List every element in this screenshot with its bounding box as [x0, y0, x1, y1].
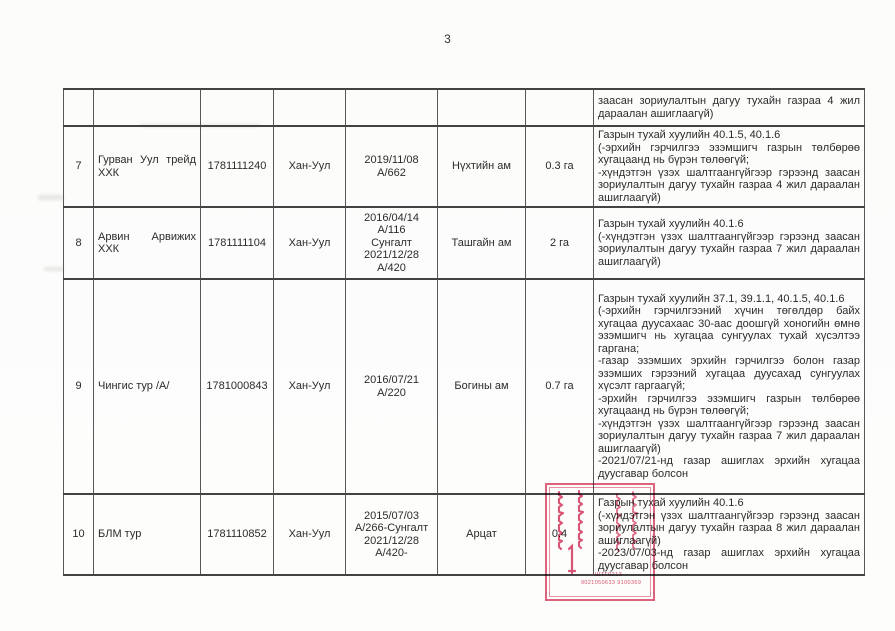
- table-row: 8 Арвин Арвижих ХХК 1781111104 Хан-Уул 2…: [64, 207, 865, 279]
- row-number-cell: 8: [64, 207, 94, 279]
- document-page: 3 заасан зориулалтын дагуу тухайн газраа…: [0, 0, 895, 631]
- company-name-cell: Гурван Уул трейд ХХК: [94, 126, 201, 207]
- company-name-cell: Чингис тур /А/: [94, 279, 201, 494]
- row-number-cell: 9: [64, 279, 94, 494]
- district-cell: Хан-Уул: [274, 494, 346, 575]
- area-cell: 0.3 га: [526, 126, 594, 207]
- registration-number-cell: 1781000843: [201, 279, 274, 494]
- company-name-cell: БЛМ тур: [94, 494, 201, 575]
- registration-number-cell: 1781110852: [201, 494, 274, 575]
- registration-number-cell: [201, 89, 274, 126]
- district-cell: Хан-Уул: [274, 207, 346, 279]
- row-number-cell: 7: [64, 126, 94, 207]
- table-row: 7 Гурван Уул трейд ХХК 1781111240 Хан-Уу…: [64, 126, 865, 207]
- decision-cell: [346, 89, 438, 126]
- location-name-cell: [438, 89, 526, 126]
- district-cell: Хан-Уул: [274, 126, 346, 207]
- registration-number-cell: 1781111104: [201, 207, 274, 279]
- location-name-cell: Богины ам: [438, 279, 526, 494]
- grounds-cell: Газрын тухай хуулийн 37.1, 39.1.1, 40.1.…: [594, 279, 865, 494]
- grounds-cell: Газрын тухай хуулийн 40.1.6 (-хүндэтгэн …: [594, 207, 865, 279]
- decision-cell: 2015/07/03 А/266-Сунгалт 2021/12/28 А/42…: [346, 494, 438, 575]
- land-rights-table: заасан зориулалтын дагуу тухайн газраа 4…: [63, 88, 865, 576]
- location-name-cell: Ташгайн ам: [438, 207, 526, 279]
- company-name-cell: Арвин Арвижих ХХК: [94, 207, 201, 279]
- location-name-cell: Арцат: [438, 494, 526, 575]
- stamp-serial: 9021050633 9100369: [581, 579, 641, 585]
- area-cell: 2 га: [526, 207, 594, 279]
- decision-cell: 2019/11/08 А/662: [346, 126, 438, 207]
- scan-artifact: [44, 267, 64, 271]
- grounds-cell: заасан зориулалтын дагуу тухайн газраа 4…: [594, 89, 865, 126]
- grounds-cell: Газрын тухай хуулийн 40.1.5, 40.1.6 (-эр…: [594, 126, 865, 207]
- registration-number-cell: 1781111240: [201, 126, 274, 207]
- district-cell: Хан-Уул: [274, 279, 346, 494]
- district-cell: [274, 89, 346, 126]
- location-name-cell: Нүхтийн ам: [438, 126, 526, 207]
- area-cell: [526, 89, 594, 126]
- table-row: 9 Чингис тур /А/ 1781000843 Хан-Уул 2016…: [64, 279, 865, 494]
- row-number-cell: [64, 89, 94, 126]
- scan-artifact: [38, 195, 64, 200]
- page-number: 3: [0, 32, 895, 46]
- decision-cell: 2016/04/14 А/116 Сунгалт 2021/12/28 А/42…: [346, 207, 438, 279]
- decision-cell: 2016/07/21 А/220: [346, 279, 438, 494]
- area-cell: 0.4: [526, 494, 594, 575]
- table-row: заасан зориулалтын дагуу тухайн газраа 4…: [64, 89, 865, 126]
- grounds-cell: Газрын тухай хуулийн 40.1.6 (-хүндэтгэн …: [594, 494, 865, 575]
- company-name-cell: [94, 89, 201, 126]
- row-number-cell: 10: [64, 494, 94, 575]
- area-cell: 0.7 га: [526, 279, 594, 494]
- table-row: 10 БЛМ тур 1781110852 Хан-Уул 2015/07/03…: [64, 494, 865, 575]
